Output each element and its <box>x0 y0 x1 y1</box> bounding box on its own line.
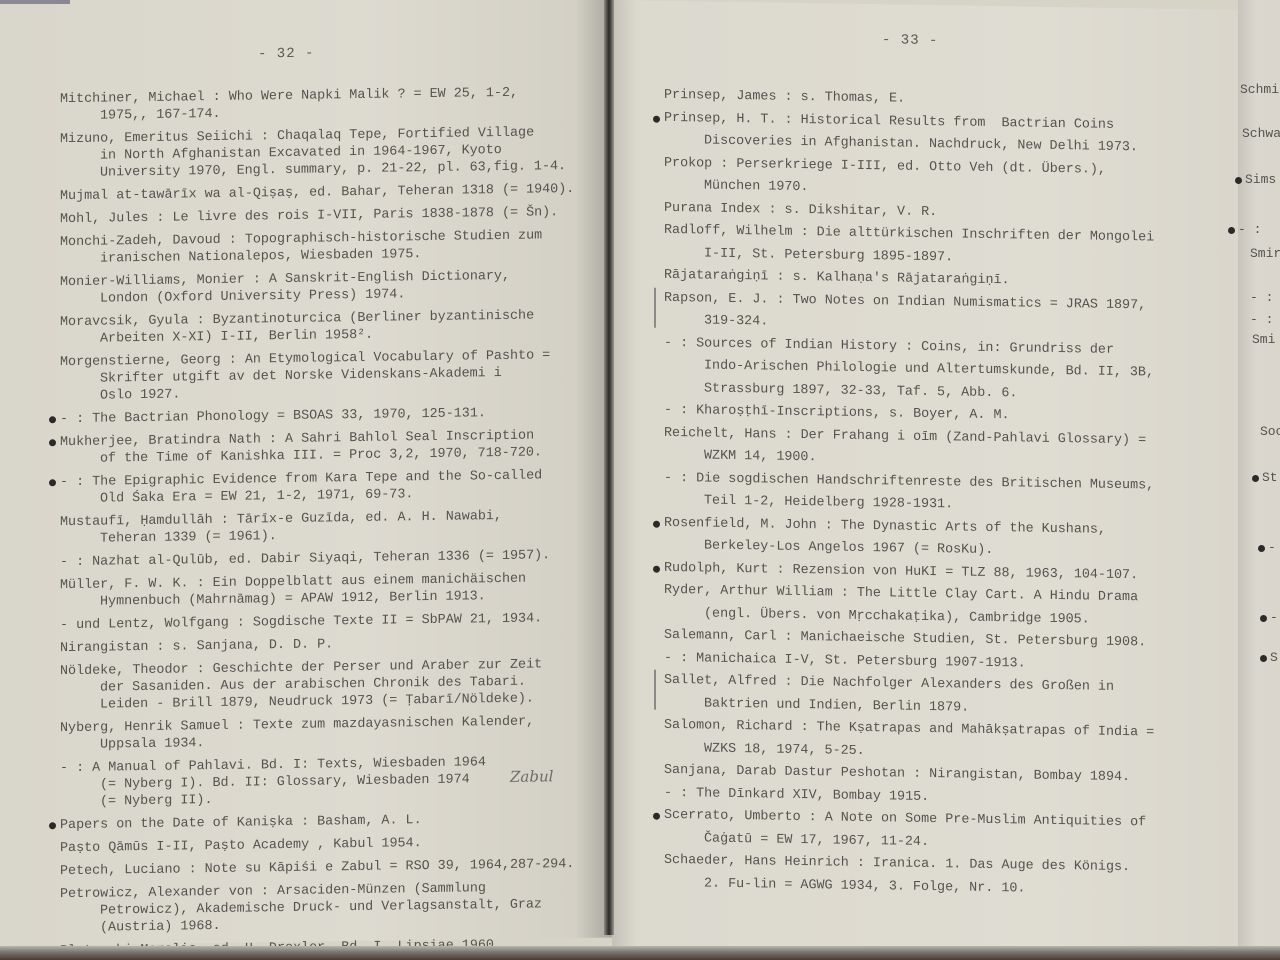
book-gutter <box>604 0 614 935</box>
bibliography-entry: Nöldeke, Theodor : Geschichte der Perser… <box>60 655 620 714</box>
bibliography-entry: - : The Epigraphic Evidence from Kara Te… <box>60 466 620 508</box>
bibliography-entry: Mustaufī, Ḥamdullāh : Tārīx-e Guzīda, ed… <box>60 506 620 548</box>
bibliography-entry: Nyberg, Henrik Samuel : Texte zum mazday… <box>60 712 620 754</box>
next-page-fragment: - : <box>1250 290 1273 305</box>
next-page-fragment: - <box>1270 610 1278 625</box>
bibliography-entry: Petech, Luciano : Note su Kāpiśi e Zabul… <box>60 855 620 880</box>
pencil-margin-mark-icon <box>654 670 656 710</box>
next-page-fragment: S <box>1270 650 1278 665</box>
entry-line: Nirangistan : s. Sanjana, D. D. P. <box>60 632 620 657</box>
next-page-fragment: - : <box>1250 312 1273 327</box>
entry-line: Mujmal at-tawārīx wa al-Qiṣaṣ, ed. Bahar… <box>60 180 620 205</box>
book-bottom-edge <box>0 946 1280 960</box>
entry-line: Papers on the Date of Kaniṣka : Basham, … <box>60 809 620 834</box>
bullet-mark-icon <box>1228 227 1235 234</box>
pencil-margin-mark-icon <box>654 287 656 327</box>
next-page-fragment: Smir <box>1250 246 1280 261</box>
bibliography-entry: Papers on the Date of Kaniṣka : Basham, … <box>60 809 620 834</box>
bullet-mark-icon <box>653 520 660 527</box>
entry-line: Mohl, Jules : Le livre des rois I-VII, P… <box>60 203 620 228</box>
next-page-fragment: Sims <box>1245 172 1276 187</box>
bibliography-entry: Mukherjee, Bratindra Nath : A Sahri Bahl… <box>60 426 620 468</box>
left-page: - 32 - Mitchiner, Michael : Who Were Nap… <box>0 0 612 946</box>
bibliography-entry: Moravcsik, Gyula : Byzantinoturcica (Ber… <box>60 306 620 348</box>
bullet-mark-icon <box>1235 177 1242 184</box>
bullet-mark-icon <box>49 416 56 423</box>
bibliography-entry: - und Lentz, Wolfgang : Sogdische Texte … <box>60 609 620 634</box>
next-page-fragment: Soc <box>1260 424 1280 439</box>
bullet-mark-icon <box>653 115 660 122</box>
bullet-mark-icon <box>49 439 56 446</box>
bibliography-entry: Monchi-Zadeh, Davoud : Topographisch-his… <box>60 226 620 268</box>
handwritten-note: Zabul <box>510 767 553 786</box>
bullet-mark-icon <box>1258 545 1265 552</box>
bibliography-entry: Morgenstierne, Georg : An Etymological V… <box>60 346 620 405</box>
bullet-mark-icon <box>653 565 660 572</box>
bibliography-entry: - : Sources of Indian History : Coins, i… <box>664 332 1244 409</box>
bullet-mark-icon <box>653 813 660 820</box>
bibliography-entry: Mujmal at-tawārīx wa al-Qiṣaṣ, ed. Bahar… <box>60 180 620 205</box>
page-number: - 32 - <box>258 46 314 63</box>
entry-line: Paṣto Qāmūs I-II, Paṣto Academy , Kabul … <box>60 832 620 857</box>
bibliography-entry: Monier-Williams, Monier : A Sanskrit-Eng… <box>60 266 620 308</box>
next-page-fragment: Schmi <box>1240 82 1279 97</box>
bibliography-list: Prinsep, James : s. Thomas, E.Prinsep, H… <box>664 85 1244 904</box>
page-fold <box>0 0 70 4</box>
bibliography-entry: Paṣto Qāmūs I-II, Paṣto Academy , Kabul … <box>60 832 620 857</box>
bibliography-entry: - : The Bactrian Phonology = BSOAS 33, 1… <box>60 403 620 428</box>
bibliography-entry: Schaeder, Hans Heinrich : Iranica. 1. Da… <box>664 850 1244 904</box>
bibliography-entry: Nirangistan : s. Sanjana, D. D. P. <box>60 632 620 657</box>
entry-line: - und Lentz, Wolfgang : Sogdische Texte … <box>60 609 620 634</box>
bullet-mark-icon <box>1252 475 1259 482</box>
bullet-mark-icon <box>49 479 56 486</box>
bullet-mark-icon <box>49 822 56 829</box>
next-page-fragment: - <box>1268 540 1276 555</box>
bibliography-entry: - : Nazhat al-Qulūb, ed. Dabir Siyaqi, T… <box>60 546 620 571</box>
bibliography-entry: Mohl, Jules : Le livre des rois I-VII, P… <box>60 203 620 228</box>
entry-line: - : Nazhat al-Qulūb, ed. Dabir Siyaqi, T… <box>60 546 620 571</box>
bullet-mark-icon <box>1260 655 1267 662</box>
bibliography-entry: Petrowicz, Alexander von : Arsaciden-Mün… <box>60 878 620 937</box>
entry-line: - : The Bactrian Phonology = BSOAS 33, 1… <box>60 403 620 428</box>
entry-line: Petech, Luciano : Note su Kāpiśi e Zabul… <box>60 855 620 880</box>
next-page-fragment: Schwa <box>1242 126 1280 141</box>
next-page-fragment: Smi <box>1252 332 1275 347</box>
bullet-mark-icon <box>1260 615 1267 622</box>
right-page: - 33 - Prinsep, James : s. Thomas, E.Pri… <box>612 0 1238 956</box>
bibliography-entry: Müller, F. W. K. : Ein Doppelblatt aus e… <box>60 569 620 611</box>
next-page-fragment: - : <box>1238 222 1261 237</box>
bibliography-list: Mitchiner, Michael : Who Were Napki Mali… <box>60 83 620 960</box>
next-page-fragment: St <box>1262 470 1278 485</box>
bibliography-entry: Mizuno, Emeritus Seiichi : Chaqalaq Tepe… <box>60 123 620 182</box>
bibliography-entry: Mitchiner, Michael : Who Were Napki Mali… <box>60 83 620 125</box>
page-number: - 33 - <box>882 32 938 49</box>
